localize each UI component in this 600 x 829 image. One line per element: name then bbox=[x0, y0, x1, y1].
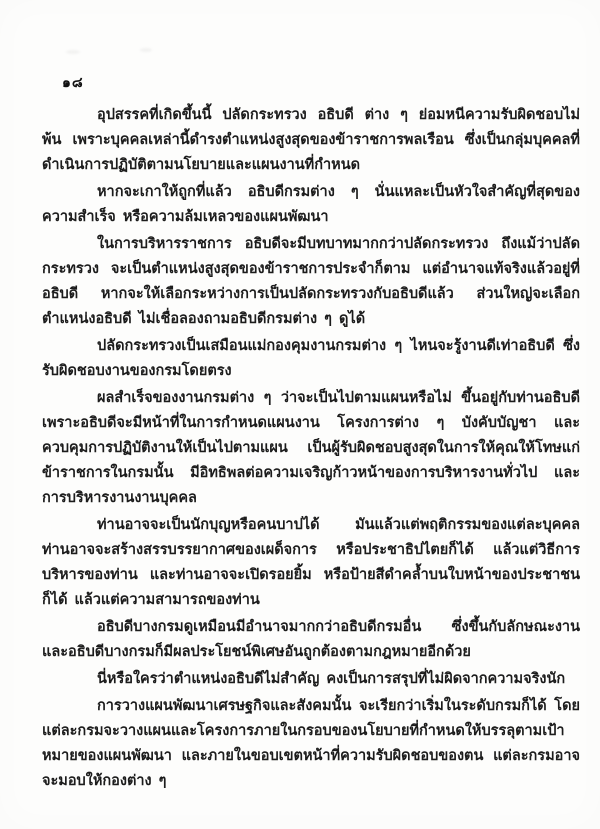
paragraph: ในการบริหารราชการ อธิบดีจะมีบทบาทมากกว่า… bbox=[42, 232, 580, 332]
scan-smudge bbox=[140, 48, 152, 52]
paragraph: อุปสรรคที่เกิดขึ้นนี้ ปลัดกระทรวง อธิบดี… bbox=[42, 103, 580, 178]
paragraph: ผลสำเร็จของงานกรมต่าง ๆ ว่าจะเป็นไปตามแผ… bbox=[42, 386, 580, 511]
scan-smudge bbox=[66, 50, 80, 54]
paragraph: การวางแผนพัฒนาเศรษฐกิจและสังคมนั้น จะเรี… bbox=[42, 694, 580, 794]
document-page: ๑๘ อุปสรรคที่เกิดขึ้นนี้ ปลัดกระทรวง อธิ… bbox=[0, 0, 600, 829]
document-body: อุปสรรคที่เกิดขึ้นนี้ ปลัดกระทรวง อธิบดี… bbox=[42, 103, 580, 796]
paragraph: ปลัดกระทรวงเป็นเสมือนแม่กองคุมงานกรมต่าง… bbox=[42, 334, 580, 384]
paragraph: อธิบดีบางกรมดูเหมือนมีอำนาจมากกว่าอธิบดี… bbox=[42, 615, 580, 665]
page-number: ๑๘ bbox=[62, 72, 84, 94]
paragraph: ท่านอาจจะเป็นนักบุญหรือคนบาปได้ มันแล้วแ… bbox=[42, 513, 580, 613]
paragraph: หากจะเกาให้ถูกที่แล้ว อธิบดีกรมต่าง ๆ นั… bbox=[42, 180, 580, 230]
paragraph: นี่หรือใครว่าตำแหน่งอธิบดีไม่สำคัญ คงเป็… bbox=[42, 667, 580, 692]
